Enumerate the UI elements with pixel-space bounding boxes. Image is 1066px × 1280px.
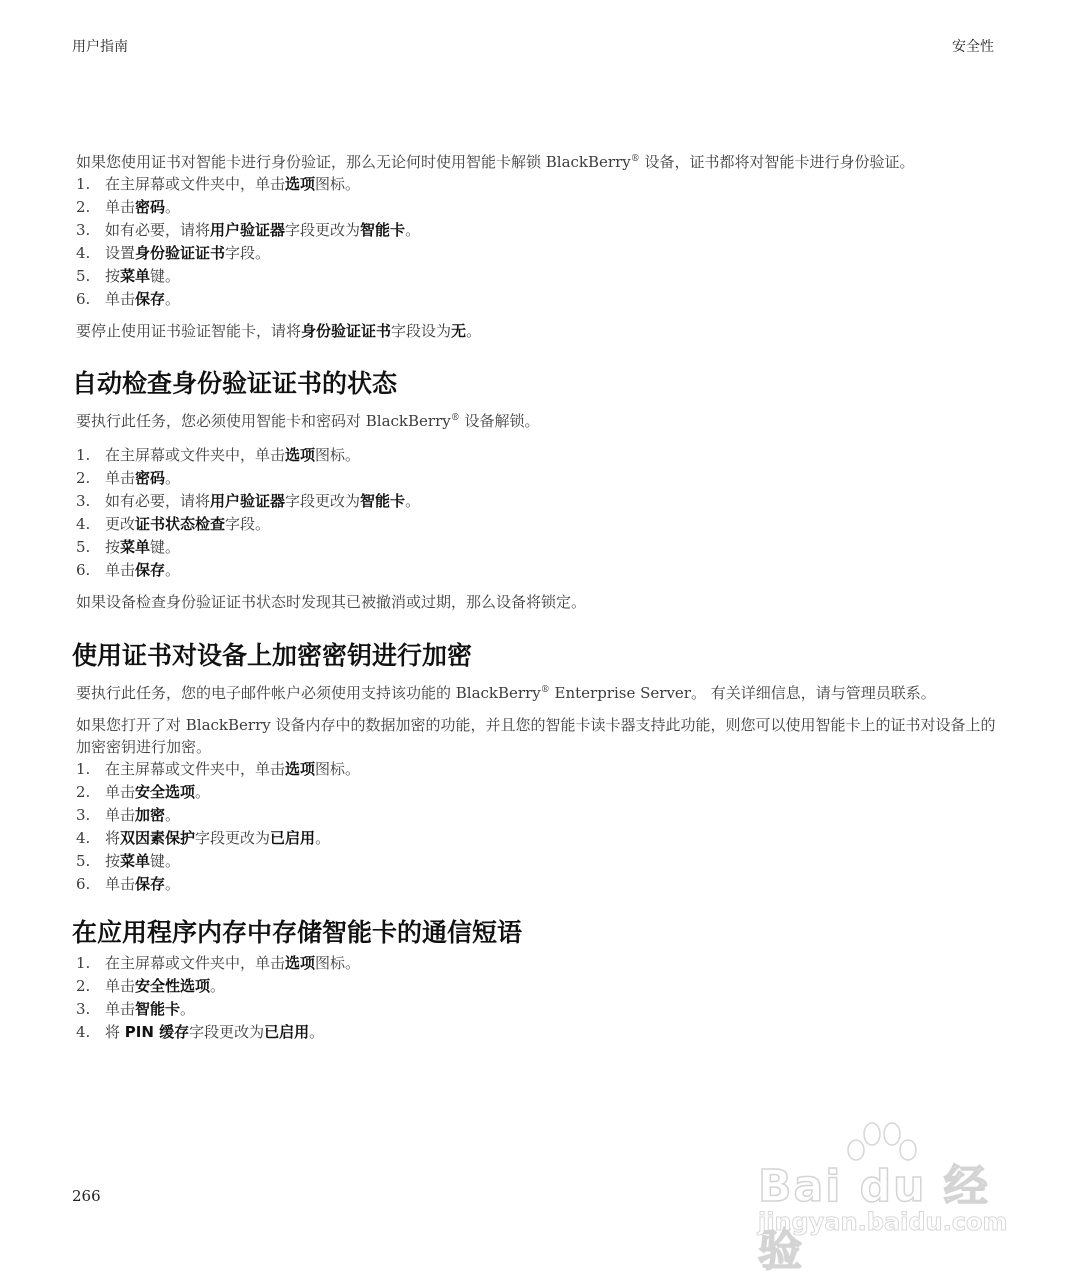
step-text: 单击保存。 <box>105 288 180 311</box>
step-number: 5. <box>76 536 105 559</box>
step-item: 3.如有必要，请将用户验证器字段更改为智能卡。 <box>76 490 998 513</box>
ui-term: 智能卡 <box>360 492 405 510</box>
registered-mark: ® <box>451 413 460 423</box>
intro-paragraph: 如果您使用证书对智能卡进行身份验证，那么无论何时使用智能卡解锁 BlackBer… <box>76 148 998 173</box>
step-text: 如有必要，请将用户验证器字段更改为智能卡。 <box>105 490 420 513</box>
ui-term: 用户验证器 <box>210 492 285 510</box>
step-text: 如有必要，请将用户验证器字段更改为智能卡。 <box>105 219 420 242</box>
step-text: 单击保存。 <box>105 559 180 582</box>
step-number: 4. <box>76 1021 105 1044</box>
step-text: 更改证书状态检查字段。 <box>105 513 270 536</box>
ui-term: 身份验证证书 <box>135 244 225 262</box>
step-item: 5.按菜单键。 <box>76 265 998 288</box>
ui-term: 证书状态检查 <box>135 515 225 533</box>
step-item: 4.将双因素保护字段更改为已启用。 <box>76 827 998 850</box>
section-title-encrypt-keys: 使用证书对设备上加密密钥进行加密 <box>72 639 998 673</box>
step-item: 2.单击密码。 <box>76 196 998 219</box>
step-item: 1.在主屏幕或文件夹中，单击选项图标。 <box>76 758 998 781</box>
ui-term: 选项 <box>285 446 315 464</box>
step-number: 6. <box>76 873 105 896</box>
page-number: 266 <box>72 1187 101 1205</box>
ui-term: 菜单 <box>120 267 150 285</box>
step-text: 按菜单键。 <box>105 536 180 559</box>
step-number: 5. <box>76 850 105 873</box>
step-item: 3.单击智能卡。 <box>76 998 998 1021</box>
step-number: 3. <box>76 804 105 827</box>
step-number: 4. <box>76 827 105 850</box>
ui-term: 选项 <box>285 760 315 778</box>
intro-steps: 1.在主屏幕或文件夹中，单击选项图标。2.单击密码。3.如有必要，请将用户验证器… <box>76 173 998 311</box>
ui-term: 用户验证器 <box>210 221 285 239</box>
step-item: 6.单击保存。 <box>76 559 998 582</box>
step-number: 3. <box>76 490 105 513</box>
ui-term: 安全选项 <box>135 783 195 801</box>
step-text: 将双因素保护字段更改为已启用。 <box>105 827 330 850</box>
step-text: 将 PIN 缓存字段更改为已启用。 <box>105 1021 324 1044</box>
step-item: 3.如有必要，请将用户验证器字段更改为智能卡。 <box>76 219 998 242</box>
step-number: 2. <box>76 975 105 998</box>
step-item: 2.单击安全选项。 <box>76 781 998 804</box>
step-number: 2. <box>76 467 105 490</box>
intro-note: 要停止使用证书验证智能卡，请将身份验证证书字段设为无。 <box>76 320 998 342</box>
ui-term: 密码 <box>135 469 165 487</box>
step-text: 单击保存。 <box>105 873 180 896</box>
step-text: 在主屏幕或文件夹中，单击选项图标。 <box>105 758 360 781</box>
ui-term: 选项 <box>285 175 315 193</box>
section-title-cert-status: 自动检查身份验证证书的状态 <box>72 367 998 401</box>
step-item: 3.单击加密。 <box>76 804 998 827</box>
step-item: 1.在主屏幕或文件夹中，单击选项图标。 <box>76 952 998 975</box>
ui-term: 密码 <box>135 198 165 216</box>
section-0-prereq: 要执行此任务，您必须使用智能卡和密码对 BlackBerry® 设备解锁。 <box>76 407 998 432</box>
step-text: 单击加密。 <box>105 804 180 827</box>
ui-term: 身份验证证书 <box>301 322 391 340</box>
ui-term: 智能卡 <box>135 1000 180 1018</box>
step-number: 1. <box>76 758 105 781</box>
step-text: 按菜单键。 <box>105 850 180 873</box>
ui-term: 无 <box>451 322 466 340</box>
section-2-steps: 1.在主屏幕或文件夹中，单击选项图标。2.单击安全性选项。3.单击智能卡。4.将… <box>76 952 998 1044</box>
ui-term: 选项 <box>285 954 315 972</box>
registered-mark: ® <box>631 154 640 164</box>
step-text: 单击密码。 <box>105 196 180 219</box>
ui-term: 安全性选项 <box>135 977 210 995</box>
section-title-pin-cache: 在应用程序内存中存储智能卡的通信短语 <box>72 916 998 950</box>
step-number: 4. <box>76 242 105 265</box>
step-text: 单击密码。 <box>105 467 180 490</box>
step-item: 1.在主屏幕或文件夹中，单击选项图标。 <box>76 444 998 467</box>
ui-term: PIN 缓存 <box>125 1023 189 1041</box>
baidu-watermark: Bai du 经验 jingyan.baidu.com <box>758 1120 1008 1260</box>
ui-term: 菜单 <box>120 538 150 556</box>
step-text: 在主屏幕或文件夹中，单击选项图标。 <box>105 444 360 467</box>
section-1-description: 如果您打开了对 BlackBerry 设备内存中的数据加密的功能，并且您的智能卡… <box>76 714 998 758</box>
step-item: 5.按菜单键。 <box>76 850 998 873</box>
header-doc-title: 用户指南 <box>72 36 128 56</box>
step-number: 1. <box>76 952 105 975</box>
ui-term: 保存 <box>135 561 165 579</box>
step-item: 2.单击安全性选项。 <box>76 975 998 998</box>
section-0-note: 如果设备检查身份验证证书状态时发现其已被撤消或过期，那么设备将锁定。 <box>76 591 998 613</box>
step-text: 按菜单键。 <box>105 265 180 288</box>
step-number: 6. <box>76 288 105 311</box>
running-header: 用户指南 安全性 <box>72 36 994 56</box>
step-number: 1. <box>76 173 105 196</box>
ui-term: 菜单 <box>120 852 150 870</box>
step-item: 4.设置身份验证证书字段。 <box>76 242 998 265</box>
step-item: 4.将 PIN 缓存字段更改为已启用。 <box>76 1021 998 1044</box>
registered-mark: ® <box>541 685 550 695</box>
step-number: 3. <box>76 219 105 242</box>
step-number: 5. <box>76 265 105 288</box>
ui-term: 已启用 <box>264 1023 309 1041</box>
step-item: 6.单击保存。 <box>76 288 998 311</box>
step-text: 单击安全选项。 <box>105 781 210 804</box>
step-number: 2. <box>76 781 105 804</box>
ui-term: 保存 <box>135 875 165 893</box>
step-text: 单击智能卡。 <box>105 998 195 1021</box>
step-number: 4. <box>76 513 105 536</box>
step-item: 4.更改证书状态检查字段。 <box>76 513 998 536</box>
step-number: 3. <box>76 998 105 1021</box>
step-text: 设置身份验证证书字段。 <box>105 242 270 265</box>
step-number: 2. <box>76 196 105 219</box>
page-content: 如果您使用证书对智能卡进行身份验证，那么无论何时使用智能卡解锁 BlackBer… <box>76 148 998 1044</box>
section-1-prereq: 要执行此任务，您的电子邮件帐户必须使用支持该功能的 BlackBerry® En… <box>76 679 998 704</box>
ui-term: 已启用 <box>270 829 315 847</box>
section-0-steps: 1.在主屏幕或文件夹中，单击选项图标。2.单击密码。3.如有必要，请将用户验证器… <box>76 444 998 582</box>
step-text: 在主屏幕或文件夹中，单击选项图标。 <box>105 952 360 975</box>
step-number: 6. <box>76 559 105 582</box>
step-number: 1. <box>76 444 105 467</box>
step-item: 1.在主屏幕或文件夹中，单击选项图标。 <box>76 173 998 196</box>
section-1-steps: 1.在主屏幕或文件夹中，单击选项图标。2.单击安全选项。3.单击加密。4.将双因… <box>76 758 998 896</box>
step-item: 2.单击密码。 <box>76 467 998 490</box>
header-chapter-title: 安全性 <box>952 36 994 56</box>
step-item: 6.单击保存。 <box>76 873 998 896</box>
step-item: 5.按菜单键。 <box>76 536 998 559</box>
watermark-url: jingyan.baidu.com <box>758 1208 1007 1236</box>
ui-term: 双因素保护 <box>120 829 195 847</box>
ui-term: 加密 <box>135 806 165 824</box>
step-text: 在主屏幕或文件夹中，单击选项图标。 <box>105 173 360 196</box>
ui-term: 智能卡 <box>360 221 405 239</box>
step-text: 单击安全性选项。 <box>105 975 225 998</box>
ui-term: 保存 <box>135 290 165 308</box>
